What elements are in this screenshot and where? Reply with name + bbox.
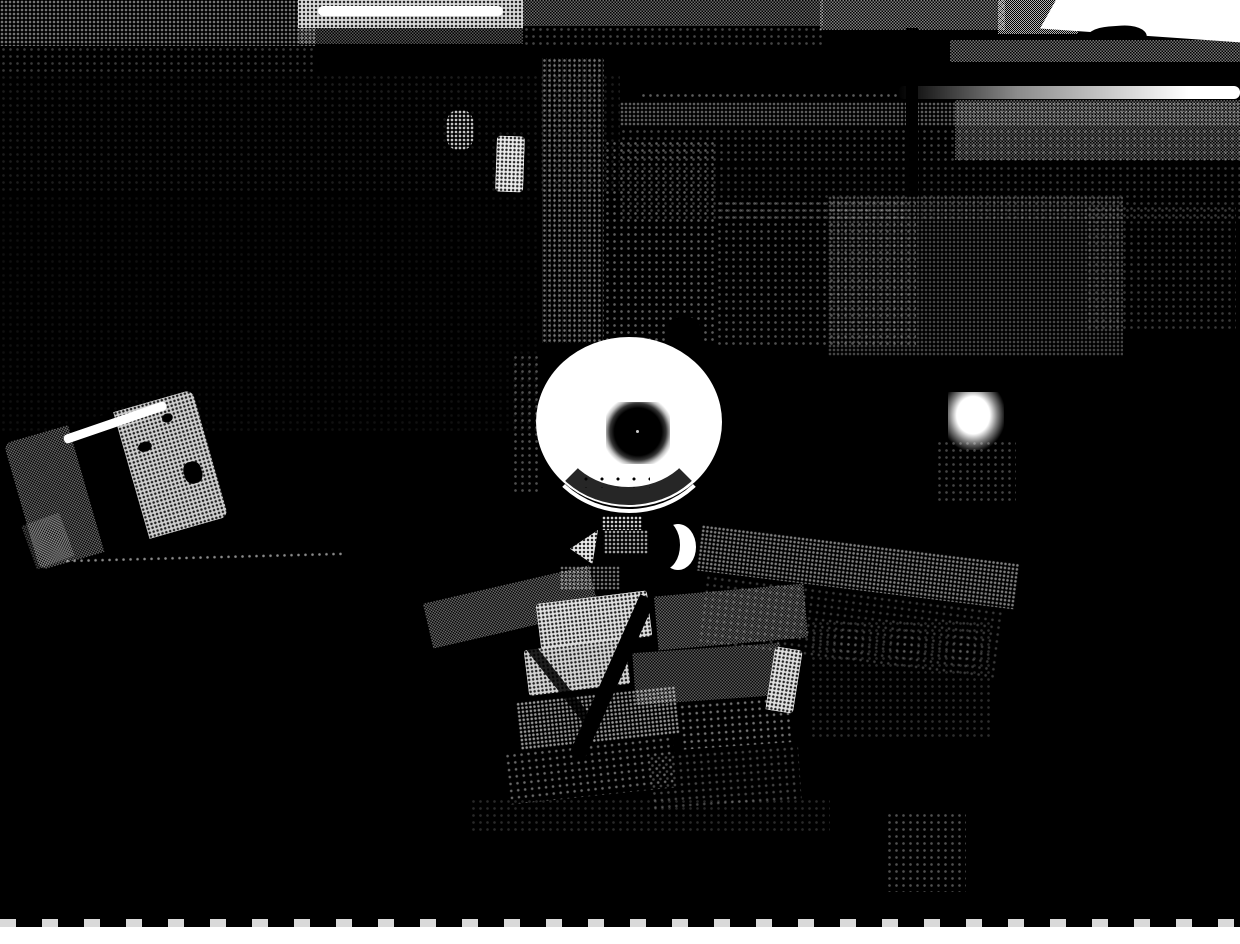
- wall-texture: [542, 58, 604, 343]
- lamp-base-center-dots: [604, 530, 648, 554]
- shelf-glint: [898, 86, 1240, 99]
- lamp-spot-glint: [636, 430, 639, 433]
- wall-texture-mid: [604, 140, 716, 345]
- ceiling-band-right: [820, 0, 1005, 30]
- ceiling-band-left-fade: [0, 46, 315, 74]
- room-speckle-left: [0, 195, 540, 435]
- lamp-base-joint: [602, 516, 642, 530]
- ceiling-band-mid: [523, 0, 823, 26]
- package-edge-speckle: [64, 550, 344, 562]
- shelf-glint-tail: [640, 92, 900, 100]
- right-wall-speckle: [1086, 205, 1236, 330]
- slab-fade: [470, 798, 830, 834]
- shelf-right-texture: [955, 100, 1240, 160]
- lamp-base-right-cut: [646, 520, 680, 570]
- package-blob-1: [137, 440, 153, 453]
- bottom-strip: [0, 927, 1240, 944]
- shelf-band-under-wedge: [950, 40, 1240, 62]
- window-streak-fade: [298, 28, 523, 44]
- lit-cylinder: [495, 136, 525, 193]
- equipment-highlight-fade: [936, 440, 1016, 502]
- lamp-knob: [666, 316, 702, 350]
- window-streak-core: [318, 6, 503, 16]
- right-clutter-speckle: [810, 620, 990, 740]
- lamp-spot: [606, 402, 670, 464]
- lamp-face-specks: [578, 474, 650, 488]
- table-edge-left-tip: [560, 566, 620, 590]
- package-blob-2: [161, 412, 174, 424]
- ceiling-band-left: [0, 0, 315, 46]
- bottom-right-speckle: [886, 812, 966, 892]
- package-blob-3: [181, 459, 204, 485]
- dithered-photo: [0, 0, 1240, 944]
- room-speckle-upper-left: [0, 74, 620, 194]
- wall-texture-far-right: [828, 196, 1123, 356]
- ceiling-band-mid-fade: [523, 26, 823, 48]
- small-blob-highlight: [446, 110, 474, 150]
